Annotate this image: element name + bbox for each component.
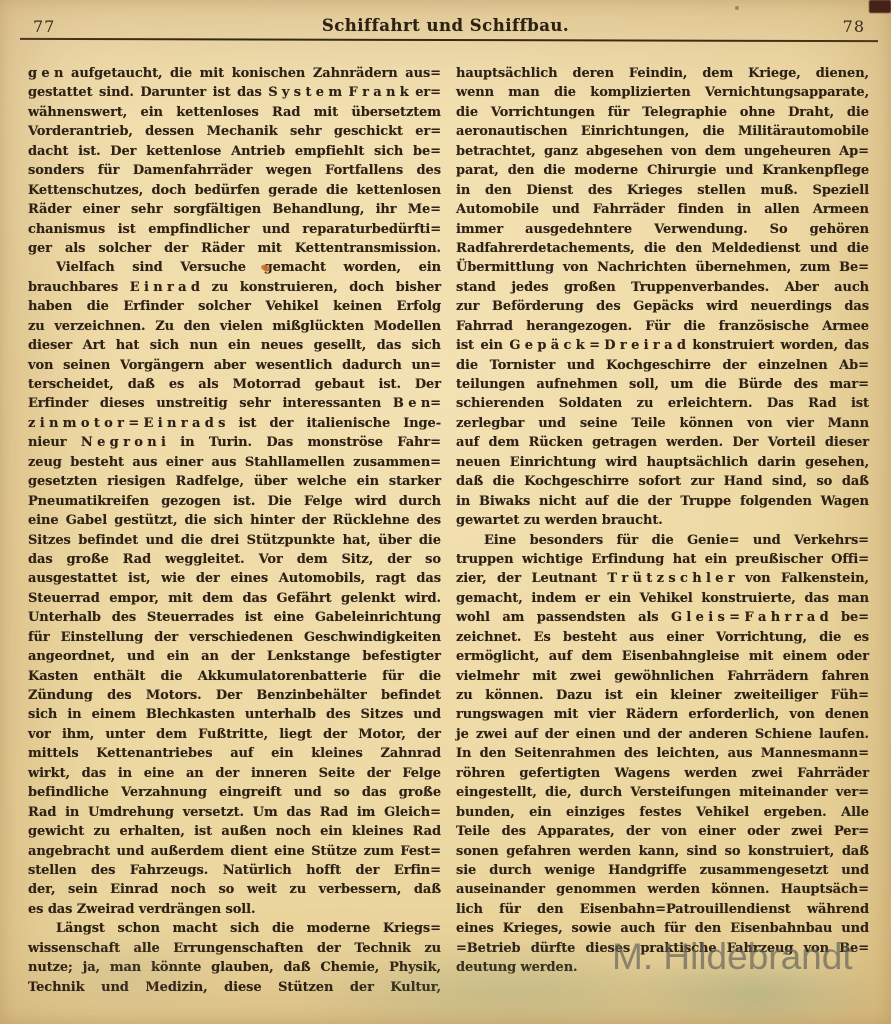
text-line: betrachtet,ganzabgesehenvondemungeheuren… (456, 142, 869, 161)
text-line: vielmehrmitzweigewöhnlichenFahrrädernfah… (456, 667, 869, 686)
text-line: Fahrradherangezogen.FürdiefranzösischeAr… (456, 317, 869, 336)
text-line: hauptsächlichderenFeindin,demKriege,dien… (456, 64, 869, 83)
text-line: z i n m o t o r = E i n r a d sistderita… (28, 414, 441, 433)
text-line: vonseinenVorgängernaberwesentlichdadurch… (28, 356, 441, 375)
text-line: UnterhalbdesSteuerradesisteineGabeleinri… (28, 608, 441, 627)
text-line: RädereinersehrsorgfältigenBehandlung,ihr… (28, 200, 441, 219)
text-line: dasgroßeRadweggleitet.VordemSitz,derso (28, 550, 441, 569)
text-line: auseinandergenommenwerdenkönnen.Hauptsäc… (456, 880, 869, 899)
text-line: Steuerradempor,mitdemdasGefährtgelenktwi… (28, 589, 441, 608)
text-line: AutomobileundFahrräderfindeninallenArmee… (456, 200, 869, 219)
text-line: aeronautischenEinrichtungen,dieMilitärau… (456, 122, 869, 141)
text-line: wohlampassendstenalsG l e i s = F a h r … (456, 608, 869, 627)
text-line: IndenSeitenrahmendesleichten,ausMannesma… (456, 744, 869, 763)
column-right: hauptsächlichderenFeindin,demKriege,dien… (456, 64, 869, 978)
text-line: geralssolcherderRädermitKettentransmissi… (28, 239, 441, 258)
text-line: zier,derLeutnantT r ü t z s c h l e rvon… (456, 569, 869, 588)
text-line: dachtist.DerkettenloseAntriebempfiehltsi… (28, 142, 441, 161)
text-line: ÜbermittlungvonNachrichtenübernehmen,zum… (456, 258, 869, 277)
text-line: EinebesondersfürdieGenie=undVerkehrs= (456, 531, 869, 550)
corner-stain (869, 0, 891, 13)
text-line: zerlegbarundseineTeilekönnenvonvierMann (456, 414, 869, 433)
text-line: rungswagenmitvierRädernerforderlich,vond… (456, 705, 869, 724)
watermark: M. Hildebrandt (612, 936, 853, 978)
text-line: wennmandiekompliziertenVernichtungsappar… (456, 83, 869, 102)
text-line: gesetztenriesigenRadfelge,überwelcheeins… (28, 472, 441, 491)
text-line: indenDienstdesKriegesstellenmuß.Speziell (456, 181, 869, 200)
text-line: es das Zweirad verdrängen soll. (28, 900, 441, 919)
text-line: lichfürdenEisenbahn=Patrouillendienstwäh… (456, 900, 869, 919)
text-line: brauchbaresE i n r a dzukonstruieren,doc… (28, 278, 441, 297)
text-line: stellendesFahrzeugs.NatürlichhofftderErf… (28, 861, 441, 880)
text-line: parat,dendiemoderneChirurgieundKrankenpf… (456, 161, 869, 180)
text-line: eineGabelgestützt,diesichhinterderRückle… (28, 511, 441, 530)
text-line: truppenwichtigeErfindunghateinpreußische… (456, 550, 869, 569)
text-line: wirkt,dasineineanderinnerenSeitederFelge (28, 764, 441, 783)
text-line: ermöglicht,aufdemEisenbahngleisemiteinem… (456, 647, 869, 666)
header-rule (20, 38, 878, 42)
text-line: g e naufgetaucht,diemitkonischenZahnräde… (28, 64, 441, 83)
column-left: g e naufgetaucht,diemitkonischenZahnräde… (28, 64, 441, 997)
text-line: wähnenswert,einkettenlosesRadmitübersetz… (28, 103, 441, 122)
text-line: Kettenschutzes,dochbedürfengeradediekett… (28, 181, 441, 200)
text-line: daßdieKochgeschirresofortzurHandsind,sod… (456, 472, 869, 491)
text-line: LängstschonmachtsichdiemoderneKriegs= (28, 919, 441, 938)
text-line: zuverzeichnen.ZudenvielenmißglücktenMode… (28, 317, 441, 336)
text-line: ausgestattetist,wiedereinesAutomobils,ra… (28, 569, 441, 588)
text-line: Erfinderdiesesunstreitigsehrinteressante… (28, 394, 441, 413)
text-line: ZündungdesMotors.DerBenzinbehälterbefind… (28, 686, 441, 705)
text-line: mittelsKettenantriebesaufeinkleinesZahnr… (28, 744, 441, 763)
text-line: zukönnen.DazuisteinkleinerzweiteiligerFü… (456, 686, 869, 705)
text-line: KastenenthältdieAkkumulatorenbatteriefür… (28, 667, 441, 686)
text-line: standjedesgroßenTruppenverbandes.Aberauc… (456, 278, 869, 297)
scanned-magazine-page: 77 Schiffahrt und Schiffbau. 78 g e nauf… (0, 0, 891, 1024)
text-line: TechnikundMedizin,dieseStützenderKultur, (28, 978, 441, 997)
text-line: dieserArthatsichnuneinneuesgesellt,dassi… (28, 336, 441, 355)
text-line: befindlicheVerzahnungeingreiftundsodasgr… (28, 783, 441, 802)
text-line: siedurchwenigeHandgriffezusammengesetztu… (456, 861, 869, 880)
text-line: immerausgedehntereVerwendung.Sogehören (456, 220, 869, 239)
text-line: aufdemRückengetragenwerden.DerVorteildie… (456, 433, 869, 452)
text-line: zeugbestehtauseinerausStahllamellenzusam… (28, 453, 441, 472)
text-line: schierendenSoldatenzuerleichtern.DasRadi… (456, 394, 869, 413)
text-line: eingestellt,die,durchVersteifungenmitein… (456, 783, 869, 802)
text-line: teilungenaufnehmensoll,umdieBürdedesmar= (456, 375, 869, 394)
text-line: gemacht,indemereinVehikelkonstruierte,da… (456, 589, 869, 608)
text-line: Radfahrerdetachements,diedenMeldedienstu… (456, 239, 869, 258)
text-line: angeordnet,undeinanderLenkstangebefestig… (28, 647, 441, 666)
text-line: wissenschaftalleErrungenschaftenderTechn… (28, 939, 441, 958)
text-line: dieVorrichtungenfürTelegraphieohneDraht,… (456, 103, 869, 122)
text-line: bunden,eineinzigesfestesVehikelergeben.A… (456, 803, 869, 822)
text-line: inBiwaksnichtaufdiederTruppefolgendenWag… (456, 492, 869, 511)
text-line: sondersfürDamenfahrräderwegenFortfallens… (28, 161, 441, 180)
text-line: gewartet zu werden braucht. (456, 511, 869, 530)
text-line: zurBeförderungdesGepäckswirdneuerdingsda… (456, 297, 869, 316)
text-line: angebrachtundaußerdemdienteineStützezumF… (28, 842, 441, 861)
text-line: VielfachsindVersuchegemachtworden,ein (28, 258, 441, 277)
text-line: neuenEinrichtungwirdhauptsächlichdaringe… (456, 453, 869, 472)
paper-speck (735, 6, 739, 10)
text-line: sichineinemBlechkastenunterhalbdesSitzes… (28, 705, 441, 724)
text-line: der,seinEinradnochsoweitzuverbessern,daß (28, 880, 441, 899)
text-line: Vorderantrieb,dessenMechaniksehrgeschick… (28, 122, 441, 141)
text-line: gewichtzuerhalten,istaußennocheinkleines… (28, 822, 441, 841)
text-line: sonengefahrenwerdenkann,sindsokonstruier… (456, 842, 869, 861)
text-line: nieurN e g r o n iinTurin.DasmonströseFa… (28, 433, 441, 452)
text-line: terscheidet,daßesalsMotorradgebautist.De… (28, 375, 441, 394)
text-line: isteinG e p ä c k = D r e i r a dkonstru… (456, 336, 869, 355)
text-line: röhrengefertigtenWagenswerdenzweiFahrräd… (456, 764, 869, 783)
text-line: RadinUmdrehungversetzt.UmdasRadimGleich= (28, 803, 441, 822)
text-line: Pneumatikreifengezogenist.DieFelgewirddu… (28, 492, 441, 511)
page-title: Schiffahrt und Schiffbau. (0, 16, 891, 35)
text-line: zeichnet.EsbestehtauseinerVorrichtung,di… (456, 628, 869, 647)
text-line: TeiledesApparates,dervoneineroderzweiPer… (456, 822, 869, 841)
text-line: gestattetsind.DarunteristdasS y s t e mF… (28, 83, 441, 102)
text-line: jezweiaufdereinenundderanderenSchienelau… (456, 725, 869, 744)
text-line: dieTornisterundKochgeschirredereinzelnen… (456, 356, 869, 375)
text-line: SitzesbefindetunddiedreiStützpunktehat,ü… (28, 531, 441, 550)
text-line: habendieErfindersolcherVehikelkeinenErfo… (28, 297, 441, 316)
text-line: vorihm,unterdemFußtritte,liegtderMotor,d… (28, 725, 441, 744)
page-number-right: 78 (843, 17, 865, 36)
text-line: chanismusistempfindlicherundreparaturbed… (28, 220, 441, 239)
text-line: fürEinstellungderverschiedenenGeschwindi… (28, 628, 441, 647)
text-line: nutze;ja,mankönnteglauben,daßChemie,Phys… (28, 958, 441, 977)
